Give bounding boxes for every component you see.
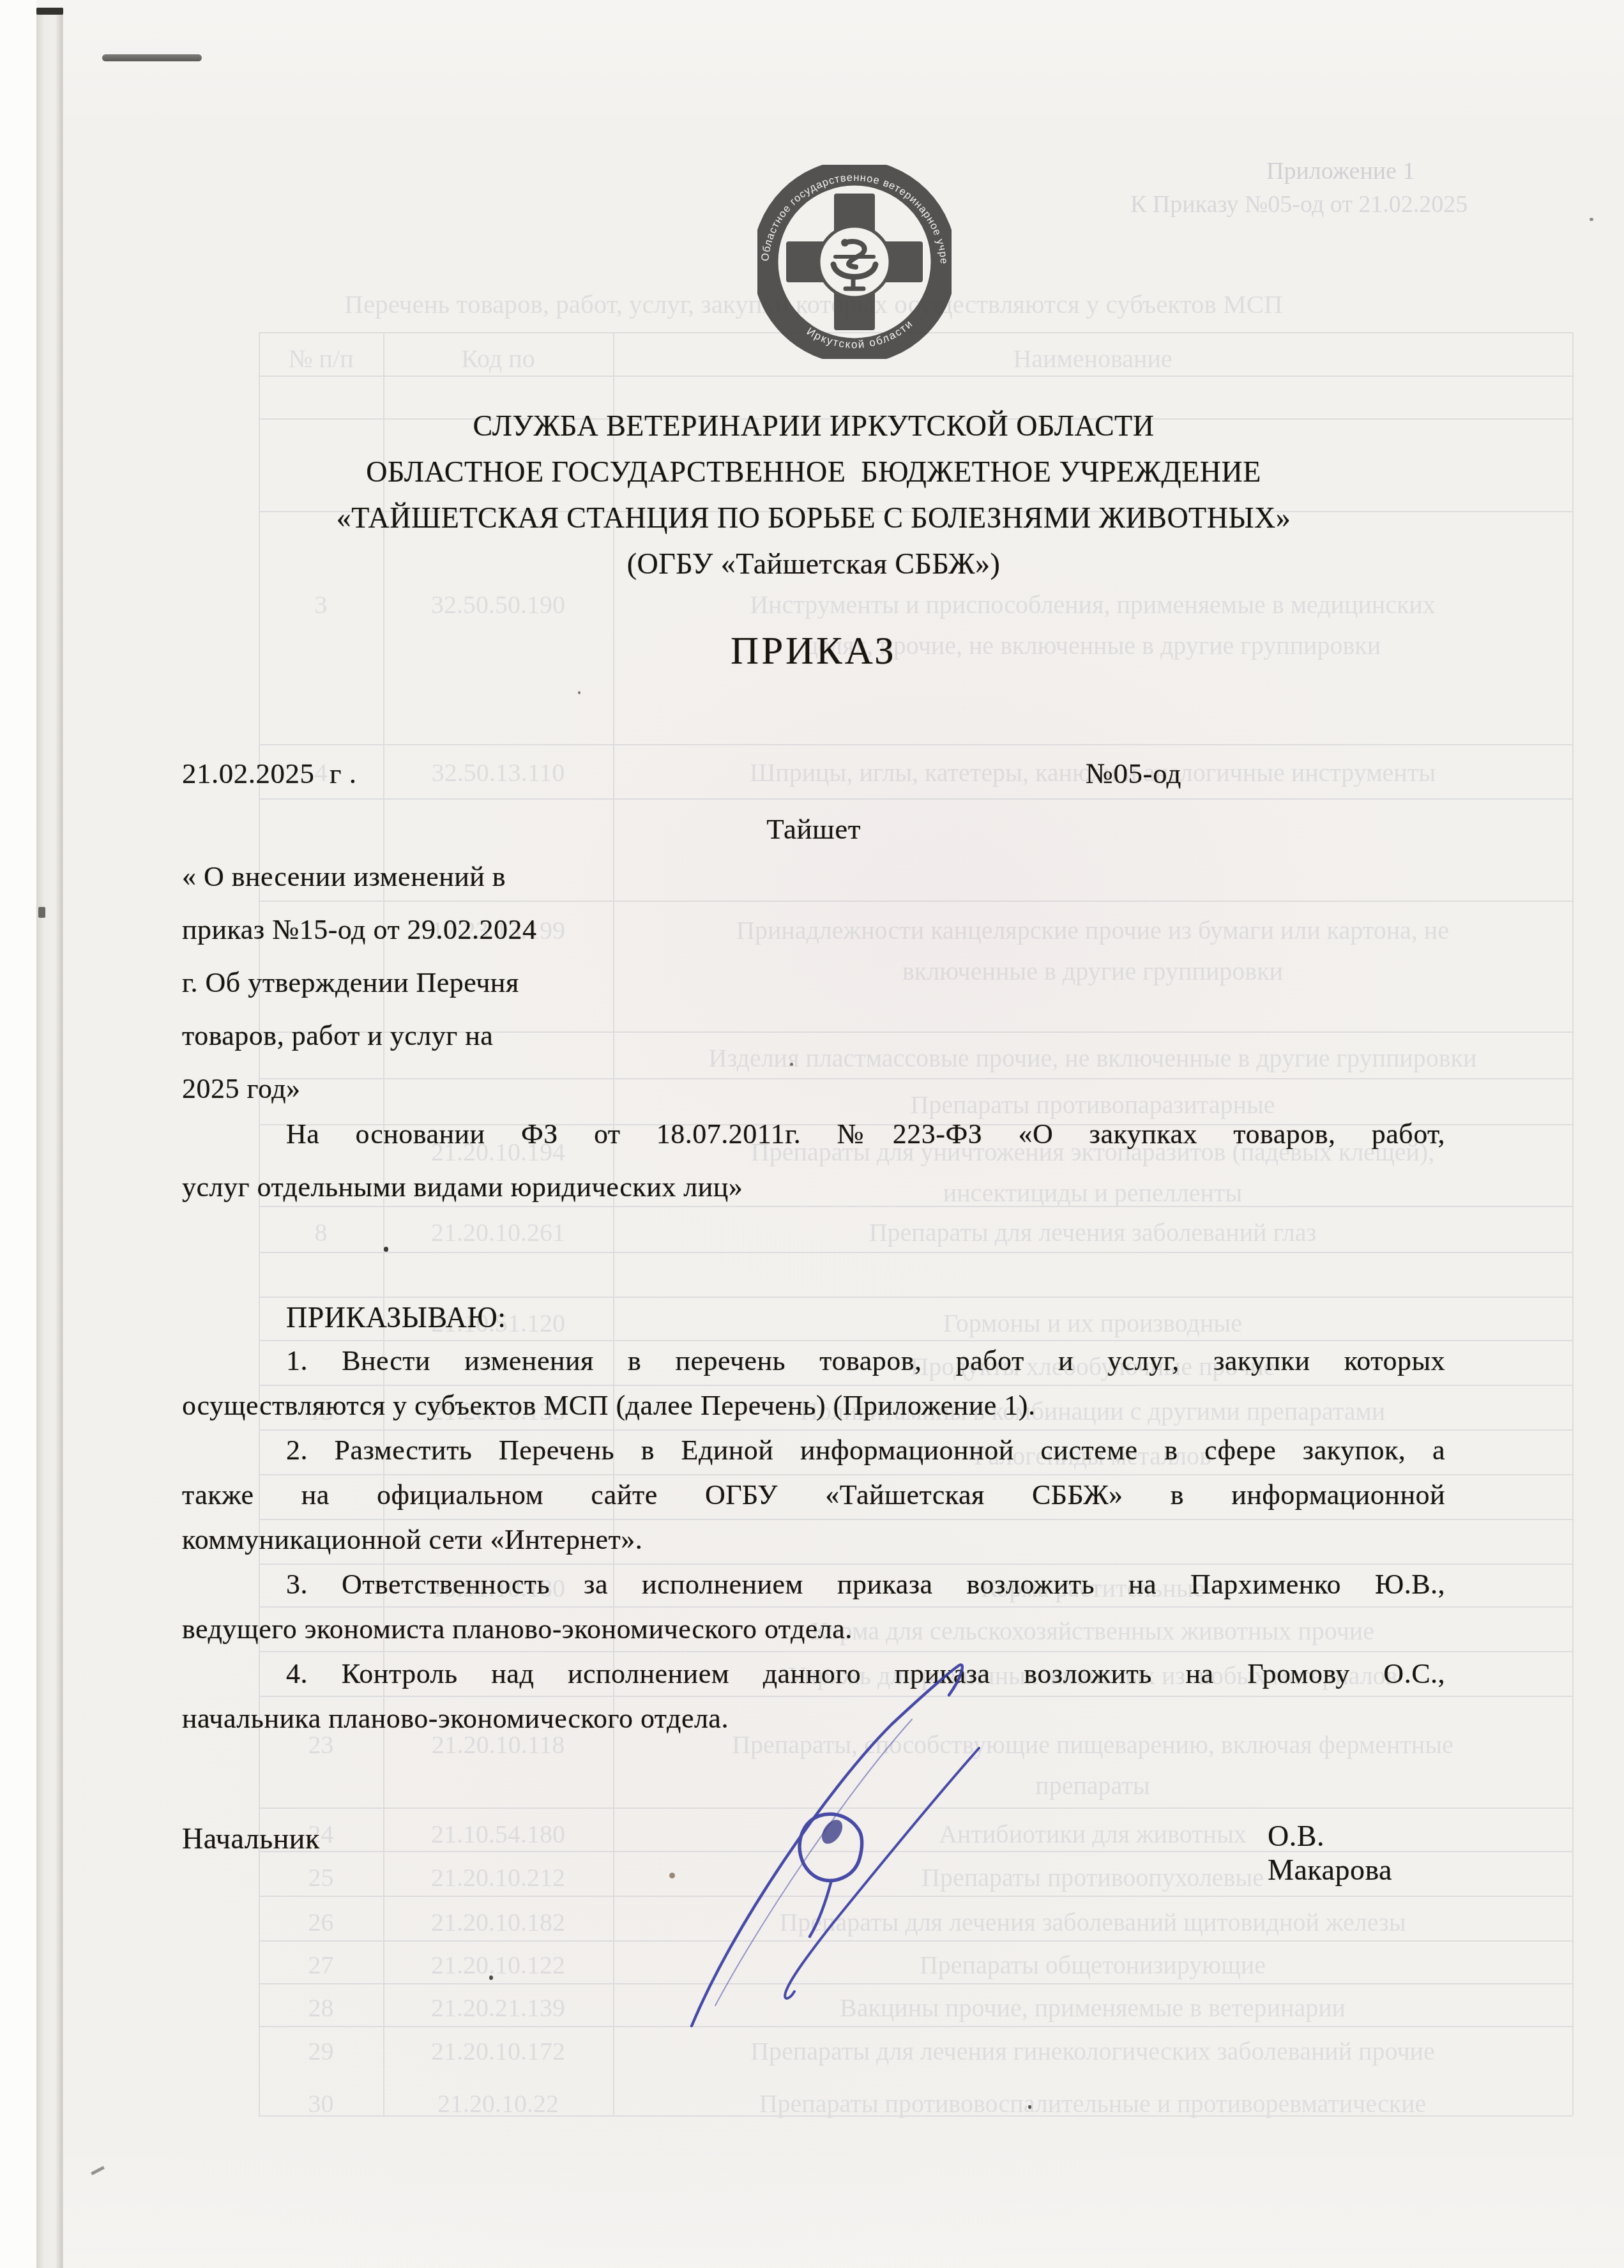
scan-edge-white-strip: [0, 0, 36, 2268]
dust-speck: [1590, 218, 1593, 221]
order-item-line: 1. Внести изменения в перечень товаров, …: [182, 1344, 1445, 1378]
subject-line: товаров, работ и услуг на: [182, 1019, 770, 1052]
basis-line: На основании ФЗ от 18.07.2011г. №223-ФЗ …: [182, 1118, 1445, 1152]
signer-post: Начальник: [182, 1822, 320, 1855]
order-item-line: осуществляются у субъектов МСП (далее Пе…: [182, 1389, 1445, 1423]
subject-line: « О внесении изменений в: [182, 860, 770, 893]
org-name-line2: ОБЛАСТНОЕ ГОСУДАРСТВЕННОЕ БЮДЖЕТНОЕ УЧРЕ…: [182, 455, 1445, 489]
scan-edge-band: [36, 8, 63, 2268]
order-item-line: ведущего экономиста планово-экономическо…: [182, 1613, 1445, 1647]
subject-line: приказ №15-од от 29.02.2024: [182, 913, 770, 946]
order-number: №05-од: [1086, 757, 1181, 790]
org-name-line1: СЛУЖБА ВЕТЕРИНАРИИ ИРКУТСКОЙ ОБЛАСТИ: [182, 409, 1445, 443]
order-item-line: 3. Ответственность за исполнением приказ…: [182, 1568, 1445, 1602]
order-item-line: начальника планово-экономического отдела…: [182, 1702, 1445, 1736]
order-item-line: также на официальном сайте ОГБУ «Тайшетс…: [182, 1479, 1445, 1512]
subject-line: 2025 год»: [182, 1072, 770, 1105]
subject-line: г. Об утверждении Перечня: [182, 966, 770, 999]
document-title: ПРИКАЗ: [182, 629, 1445, 674]
org-name-line3: «ТАЙШЕТСКАЯ СТАНЦИЯ ПО БОРЬБЕ С БОЛЕЗНЯМ…: [182, 501, 1445, 535]
scan-corner-mark: [91, 2166, 105, 2175]
command-word: ПРИКАЗЫВАЮ:: [182, 1300, 1445, 1335]
basis-line: услуг отдельными видами юридических лиц»: [182, 1171, 1445, 1205]
order-date: 21.02.2025 г .: [182, 757, 356, 790]
scanned-order-page: Приложение 1 К Приказу №05-од от 21.02.2…: [0, 0, 1624, 2268]
scan-edge-dark-cap: [36, 8, 63, 15]
order-item-line: коммуникационной сети «Интернет».: [182, 1523, 1445, 1557]
org-name-line4: (ОГБУ «Тайшетская СББЖ»): [182, 547, 1445, 581]
order-item-line: 2. Разместить Перечень в Единой информац…: [182, 1434, 1445, 1468]
order-item-line: 4. Контроль над исполнением данного прик…: [182, 1657, 1445, 1691]
scan-edge-tick: [38, 907, 45, 918]
ghost-table-part: [1572, 332, 1574, 2115]
order-place: Тайшет: [182, 812, 1445, 846]
document-body: СЛУЖБА ВЕТЕРИНАРИИ ИРКУТСКОЙ ОБЛАСТИ ОБЛ…: [182, 0, 1445, 2268]
signer-name: О.В. Макарова: [1268, 1819, 1445, 1887]
